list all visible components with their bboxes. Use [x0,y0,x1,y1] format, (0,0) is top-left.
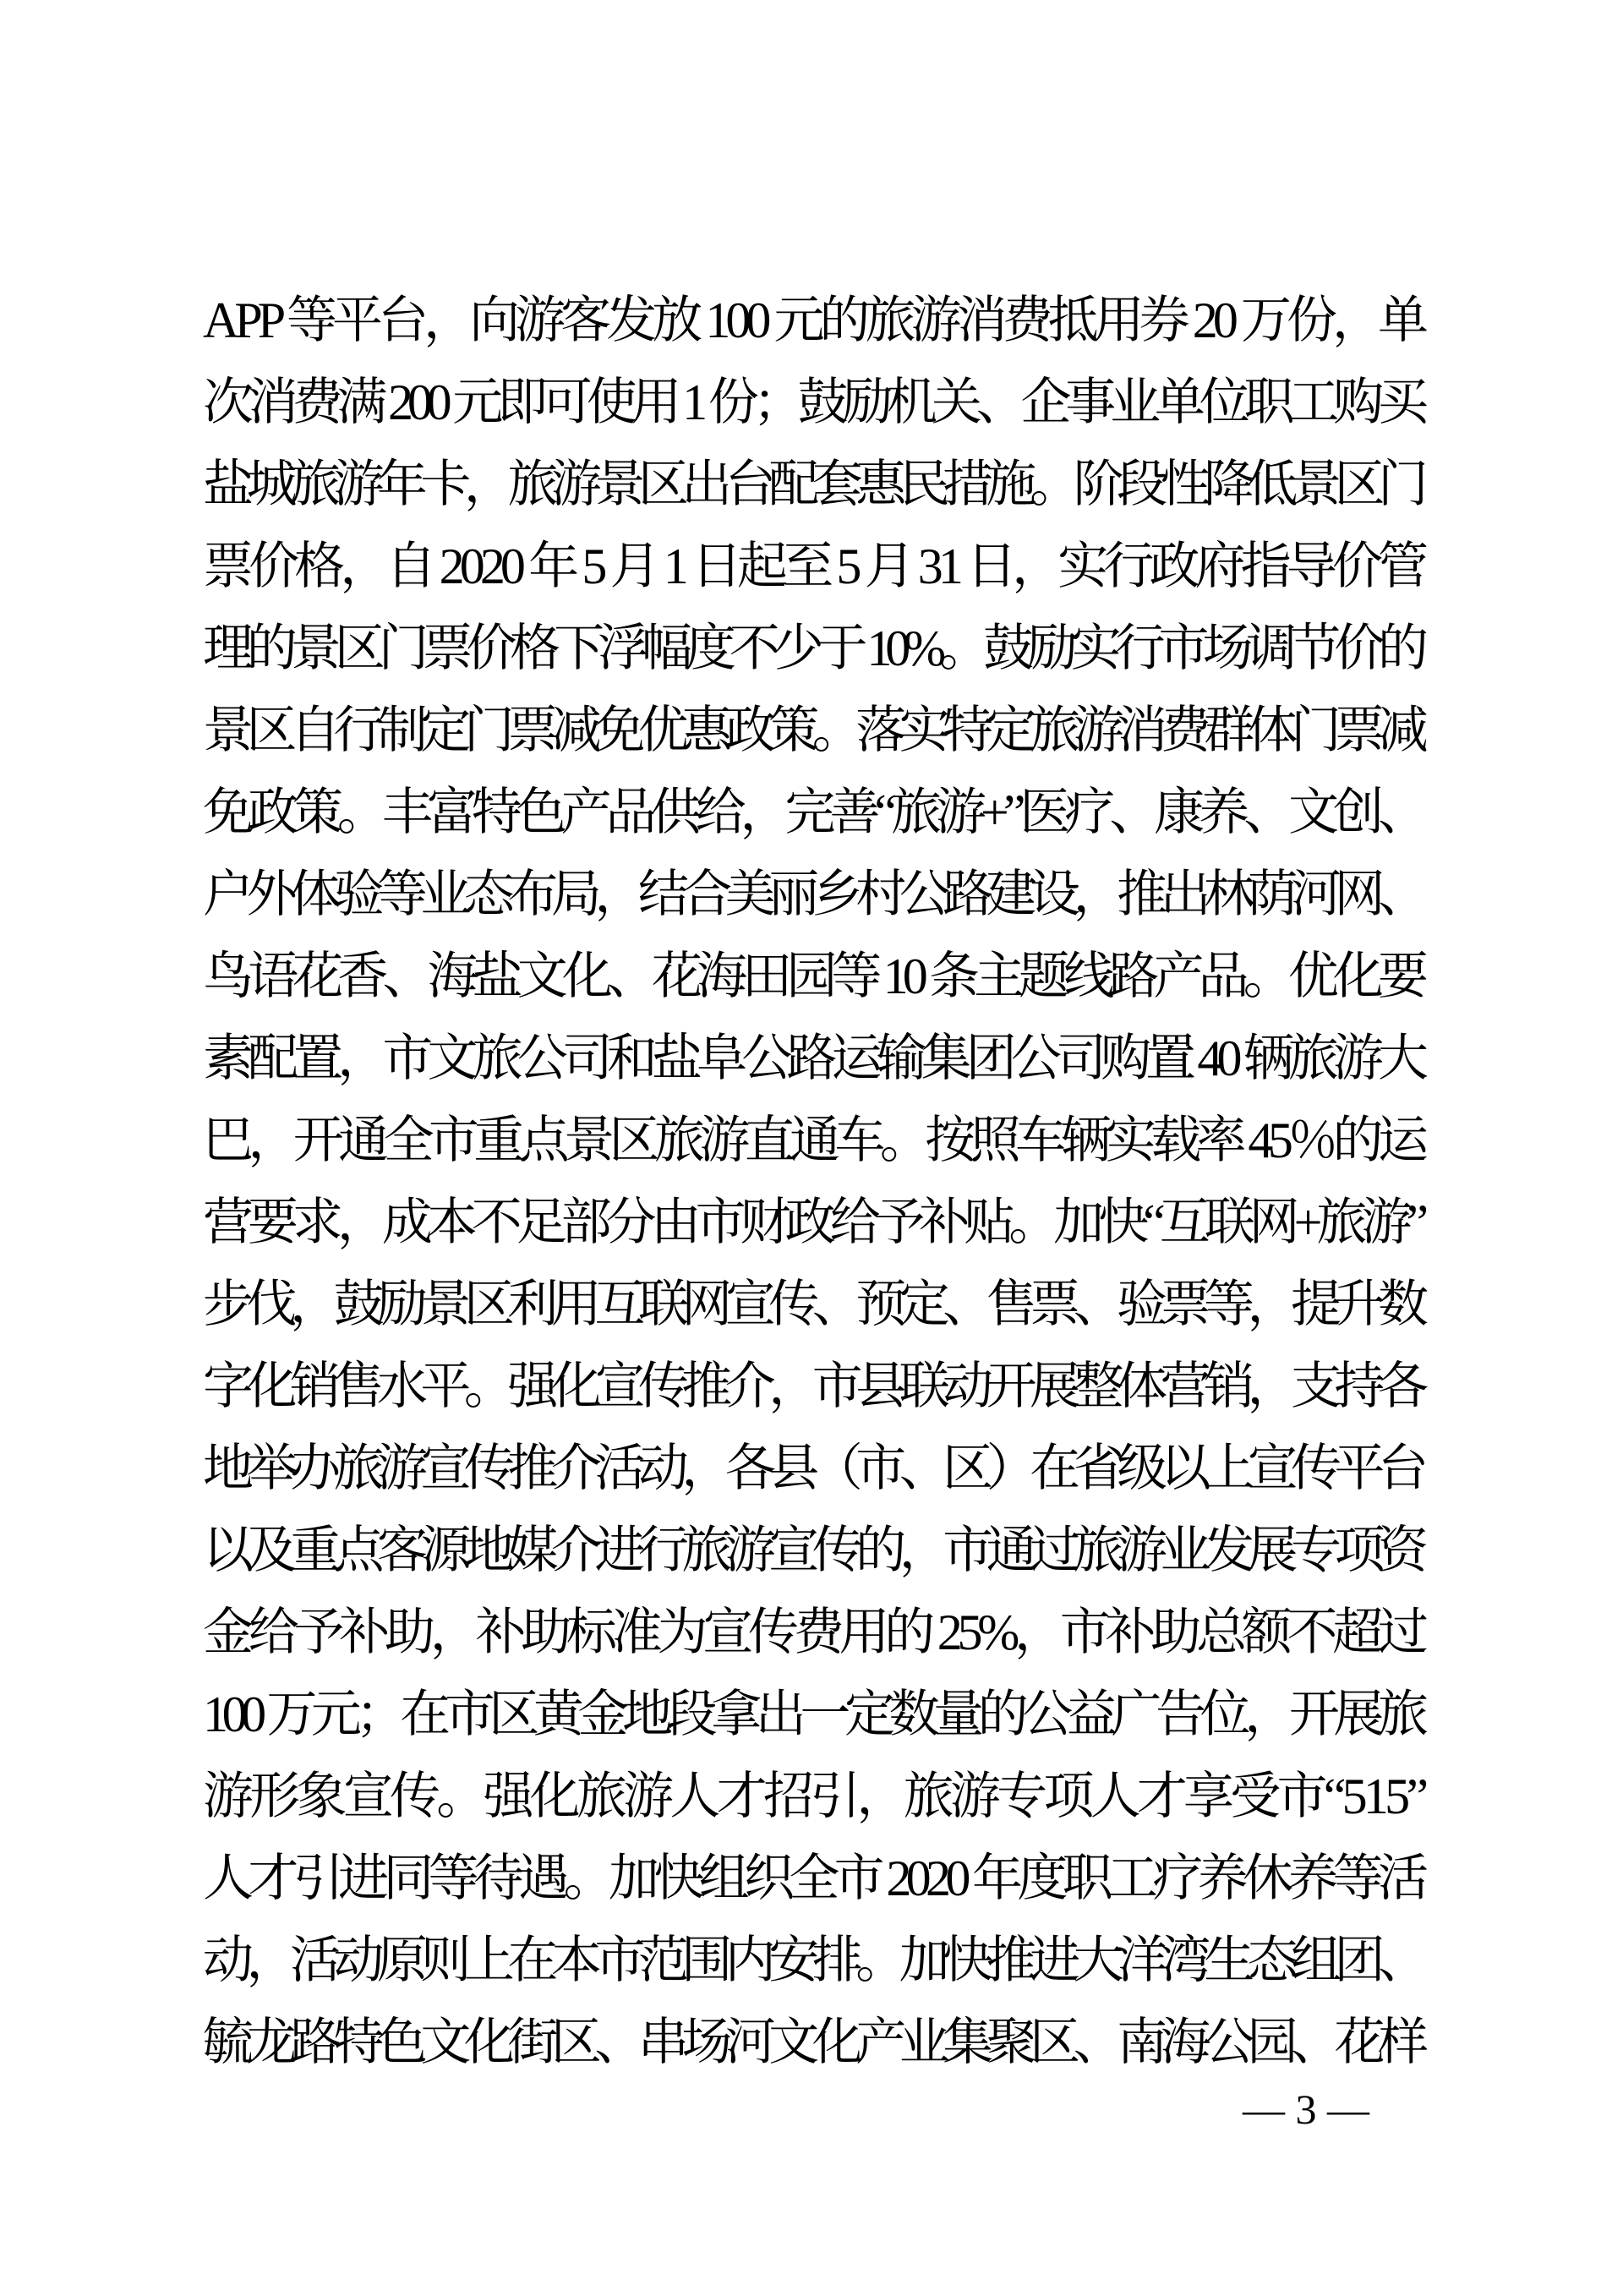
text-line: 地举办旅游宣传推介活动，各县（市、区）在省级以上宣传平台 [203,1428,1429,1510]
text-line: APP 等平台，向游客发放 100 元的旅游消费抵用券 20 万份，单 [203,280,1429,362]
text-line-content: 景区自行制定门票减免优惠政策。落实特定旅游消费群体门票减 [203,702,1421,758]
text-line-content: 地举办旅游宣传推介活动，各县（市、区）在省级以上宣传平台 [203,1440,1421,1496]
text-line-content: 免政策。丰富特色产品供给，完善“旅游+”医疗、康养、文创、 [203,784,1423,840]
text-line: 户外体验等业态布局，结合美丽乡村公路建设，推出林荫河网、 [203,854,1429,936]
text-line-content: 营要求，成本不足部分由市财政给予补贴。加快“互联网+旅游” [203,1194,1423,1250]
text-line: 字化销售水平。强化宣传推介，市县联动开展整体营销，支持各 [203,1346,1429,1428]
text-line-content: 以及重点客源地媒介进行旅游宣传的，市通过旅游业发展专项资 [203,1522,1421,1578]
document-page: APP 等平台，向游客发放 100 元的旅游消费抵用券 20 万份，单次消费满 … [0,0,1623,2296]
text-line-content: 步伐，鼓励景区利用互联网宣传、预定、售票、验票等，提升数 [203,1276,1421,1332]
text-line: 以及重点客源地媒介进行旅游宣传的，市通过旅游业发展专项资 [203,1510,1429,1592]
text-line: 鸟语花香、海盐文化、花海田园等 10 条主题线路产品。优化要 [203,936,1429,1018]
text-line-content: 游形象宣传。强化旅游人才招引，旅游专项人才享受市“515” [203,1768,1424,1824]
text-line-content: 户外体验等业态布局，结合美丽乡村公路建设，推出林荫河网、 [203,866,1421,922]
text-line: 票价格，自 2020 年 5 月 1 日起至 5 月 31 日，实行政府指导价管 [203,526,1429,608]
text-line-content: 盐城旅游年卡，旅游景区出台配套惠民措施。阶段性降低景区门 [203,456,1421,512]
text-line-content: 票价格，自 2020 年 5 月 1 日起至 5 月 31 日，实行政府指导价管 [203,538,1424,594]
text-line-content: 素配置，市文旅公司和盐阜公路运输集团公司购置 40 辆旅游大 [203,1030,1423,1086]
text-line: 步伐，鼓励景区利用互联网宣传、预定、售票、验票等，提升数 [203,1264,1429,1346]
text-line-content: 鸟语花香、海盐文化、花海田园等 10 条主题线路产品。优化要 [203,948,1423,1004]
text-line-content: 毓龙路特色文化街区、串场河文化产业集聚区、南海公园、花样 [203,2014,1421,2070]
text-line: 理的景区门票价格下浮幅度不少于 10%。鼓励实行市场调节价的 [203,608,1429,690]
text-line: 景区自行制定门票减免优惠政策。落实特定旅游消费群体门票减 [203,690,1429,772]
text-line: 免政策。丰富特色产品供给，完善“旅游+”医疗、康养、文创、 [203,772,1429,854]
text-line-content: 字化销售水平。强化宣传推介，市县联动开展整体营销，支持各 [203,1358,1421,1414]
text-line: 游形象宣传。强化旅游人才招引，旅游专项人才享受市“515” [203,1756,1429,1838]
page-number: — 3 — [1221,2071,1391,2147]
text-line-content: 100 万元；在市区黄金地段拿出一定数量的公益广告位，开展旅 [203,1686,1423,1742]
text-line-content: 巴，开通全市重点景区旅游直通车。按照车辆实载率 45％的运 [203,1112,1423,1168]
text-line: 金给予补助，补助标准为宣传费用的 25%，市补助总额不超过 [203,1592,1429,1674]
text-line: 巴，开通全市重点景区旅游直通车。按照车辆实载率 45％的运 [203,1100,1429,1182]
text-line-content: 金给予补助，补助标准为宣传费用的 25%，市补助总额不超过 [203,1604,1424,1660]
text-line: 盐城旅游年卡，旅游景区出台配套惠民措施。阶段性降低景区门 [203,444,1429,526]
text-line-content: 次消费满 200 元即可使用 1 份；鼓励机关、企事业单位职工购买 [203,374,1423,430]
text-line: 素配置，市文旅公司和盐阜公路运输集团公司购置 40 辆旅游大 [203,1018,1429,1100]
text-line-content: APP 等平台，向游客发放 100 元的旅游消费抵用券 20 万份，单 [203,292,1424,348]
body-text: APP 等平台，向游客发放 100 元的旅游消费抵用券 20 万份，单次消费满 … [203,280,1429,2084]
text-line-content: 理的景区门票价格下浮幅度不少于 10%。鼓励实行市场调节价的 [203,620,1422,676]
text-line: 人才引进同等待遇。加快组织全市 2020 年度职工疗养休养等活 [203,1838,1429,1920]
text-line: 动，活动原则上在本市范围内安排。加快推进大洋湾生态组团、 [203,1920,1429,2002]
text-line-content: 动，活动原则上在本市范围内安排。加快推进大洋湾生态组团、 [203,1932,1421,1988]
text-line: 营要求，成本不足部分由市财政给予补贴。加快“互联网+旅游” [203,1182,1429,1264]
text-line-content: 人才引进同等待遇。加快组织全市 2020 年度职工疗养休养等活 [203,1850,1423,1906]
text-line: 100 万元；在市区黄金地段拿出一定数量的公益广告位，开展旅 [203,1674,1429,1756]
text-line: 次消费满 200 元即可使用 1 份；鼓励机关、企事业单位职工购买 [203,362,1429,444]
